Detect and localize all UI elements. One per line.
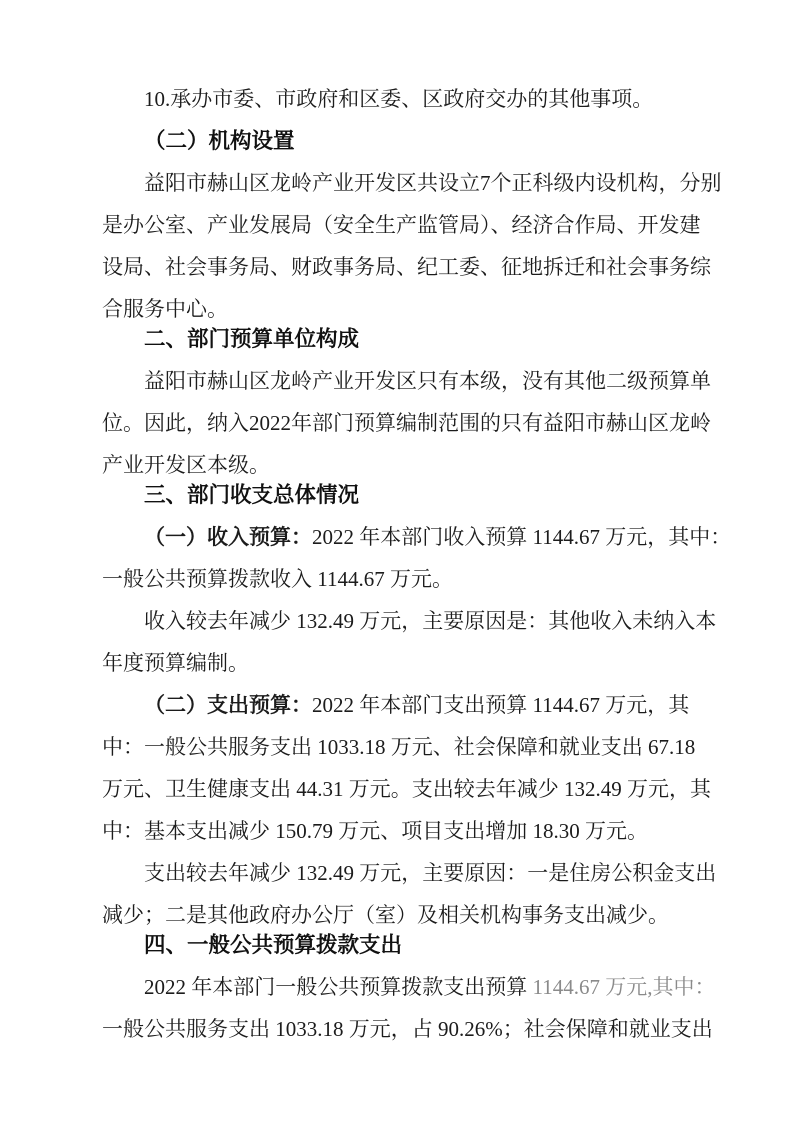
document-content: 10.承办市委、市政府和区委、区政府交办的其他事项。（二）机构设置益阳市赫山区龙… <box>102 78 708 1050</box>
text-segment: （二）机构设置 <box>144 129 295 153</box>
text-segment: 二、部门预算单位构成 <box>144 327 359 351</box>
text-segment: 中：基本支出减少 150.79 万元、项目支出增加 18.30 万元。 <box>102 819 648 843</box>
text-segment: 益阳市赫山区龙岭产业开发区只有本级，没有其他二级预算单 <box>144 369 711 393</box>
text-segment: 1144.67 万元,其中： <box>533 975 716 999</box>
text-segment: 设局、社会事务局、财政事务局、纪工委、征地拆迁和社会事务综 <box>102 255 711 279</box>
text-line: 一般公共服务支出 1033.18 万元，占 90.26%；社会保障和就业支出 <box>102 1008 708 1050</box>
text-line: 一般公共预算拨款收入 1144.67 万元。 <box>102 558 708 600</box>
text-segment: 位。因此，纳入2022年部门预算编制范围的只有益阳市赫山区龙岭 <box>102 411 711 435</box>
text-segment: 年度预算编制。 <box>102 651 249 675</box>
heading-line: （二）机构设置 <box>102 120 708 162</box>
text-segment: 中：一般公共服务支出 1033.18 万元、社会保障和就业支出 67.18 <box>102 735 695 759</box>
text-line: （一）收入预算：2022 年本部门收入预算 1144.67 万元，其中： <box>102 516 708 558</box>
text-line: （二）支出预算：2022 年本部门支出预算 1144.67 万元，其 <box>102 684 708 726</box>
text-segment: 是办公室、产业发展局（安全生产监管局）、经济合作局、开发建 <box>102 213 701 237</box>
text-segment: 2022 年本部门一般公共预算拨款支出预算 <box>144 975 533 999</box>
text-line: 2022 年本部门一般公共预算拨款支出预算 1144.67 万元,其中： <box>102 966 708 1008</box>
text-line: 设局、社会事务局、财政事务局、纪工委、征地拆迁和社会事务综 <box>102 246 708 288</box>
text-segment: 一般公共预算拨款收入 1144.67 万元。 <box>102 567 453 591</box>
text-segment: 一般公共服务支出 1033.18 万元，占 90.26%；社会保障和就业支出 <box>102 1017 713 1041</box>
text-segment: 2022 年本部门支出预算 1144.67 万元，其 <box>312 693 689 717</box>
heading-line: 三、部门收支总体情况 <box>102 474 708 516</box>
text-line: 中：基本支出减少 150.79 万元、项目支出增加 18.30 万元。 <box>102 810 708 852</box>
text-segment: （一）收入预算： <box>144 525 312 549</box>
text-segment: 10.承办市委、市政府和区委、区政府交办的其他事项。 <box>144 87 653 111</box>
text-line: 10.承办市委、市政府和区委、区政府交办的其他事项。 <box>102 78 708 120</box>
document-page: 10.承办市委、市政府和区委、区政府交办的其他事项。（二）机构设置益阳市赫山区龙… <box>0 0 794 1122</box>
text-segment: （二）支出预算： <box>144 693 312 717</box>
text-line: 收入较去年减少 132.49 万元，主要原因是：其他收入未纳入本 <box>102 600 708 642</box>
text-segment: 三、部门收支总体情况 <box>144 483 359 507</box>
text-segment: 2022 年本部门收入预算 1144.67 万元，其中： <box>312 525 731 549</box>
text-line: 支出较去年减少 132.49 万元，主要原因：一是住房公积金支出 <box>102 852 708 894</box>
text-line: 益阳市赫山区龙岭产业开发区共设立7个正科级内设机构，分别 <box>102 162 708 204</box>
text-line: 万元、卫生健康支出 44.31 万元。支出较去年减少 132.49 万元，其 <box>102 768 708 810</box>
text-line: 年度预算编制。 <box>102 642 708 684</box>
text-line: 是办公室、产业发展局（安全生产监管局）、经济合作局、开发建 <box>102 204 708 246</box>
text-line: 位。因此，纳入2022年部门预算编制范围的只有益阳市赫山区龙岭 <box>102 402 708 444</box>
text-segment: 益阳市赫山区龙岭产业开发区共设立7个正科级内设机构，分别 <box>144 171 722 195</box>
text-segment: 四、一般公共预算拨款支出 <box>144 933 402 957</box>
text-line: 益阳市赫山区龙岭产业开发区只有本级，没有其他二级预算单 <box>102 360 708 402</box>
text-line: 中：一般公共服务支出 1033.18 万元、社会保障和就业支出 67.18 <box>102 726 708 768</box>
text-segment: 支出较去年减少 132.49 万元，主要原因：一是住房公积金支出 <box>144 861 716 885</box>
text-segment: 万元、卫生健康支出 44.31 万元。支出较去年减少 132.49 万元，其 <box>102 777 711 801</box>
heading-line: 二、部门预算单位构成 <box>102 318 708 360</box>
text-segment: 收入较去年减少 132.49 万元，主要原因是：其他收入未纳入本 <box>144 609 716 633</box>
